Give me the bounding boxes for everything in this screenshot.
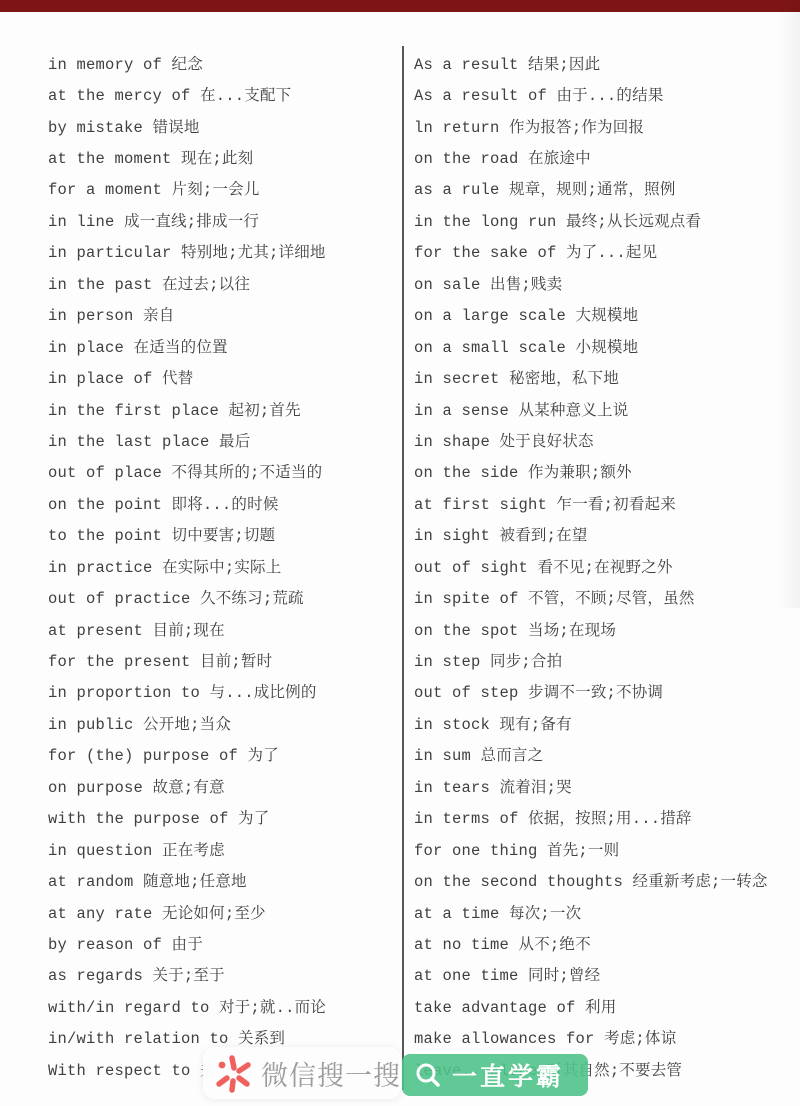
- document-page: in memory of 纪念at the mercy of 在...支配下by…: [0, 0, 800, 1106]
- phrase-row: at the mercy of 在...支配下: [48, 78, 400, 109]
- phrase-row: in the past 在过去;以往: [48, 267, 400, 298]
- phrase-row: with the purpose of 为了: [48, 802, 400, 833]
- phrase-row: as a rule 规章，规则;通常，照例: [414, 173, 800, 204]
- phrase-row: on the road 在旅途中: [414, 141, 800, 172]
- phrase-row: in sight 被看到;在望: [414, 519, 800, 550]
- phrase-row: out of place 不得其所的;不适当的: [48, 456, 400, 487]
- phrase-row: at a time 每次;一次: [414, 896, 800, 927]
- top-red-bar: [0, 0, 800, 12]
- phrase-row: in memory of 纪念: [48, 47, 400, 78]
- phrase-row: in the last place 最后: [48, 424, 400, 455]
- phrase-row: ln return 作为报答;作为回报: [414, 110, 800, 141]
- phrase-row: for a moment 片刻;一会儿: [48, 173, 400, 204]
- phrase-row: out of step 步调不一致;不协调: [414, 676, 800, 707]
- phrase-row: in public 公开地;当众: [48, 707, 400, 738]
- phrase-row: As a result of 由于...的结果: [414, 78, 800, 109]
- phrase-row: in shape 处于良好状态: [414, 424, 800, 455]
- phrase-row: for the present 目前;暂时: [48, 644, 400, 675]
- phrase-column-left: in memory of 纪念at the mercy of 在...支配下by…: [48, 47, 400, 1084]
- phrase-row: in question 正在考虑: [48, 833, 400, 864]
- phrase-row: in step 同步;合拍: [414, 644, 800, 675]
- phrase-row: in terms of 依据，按照;用...措辞: [414, 802, 800, 833]
- phrase-row: on the side 作为兼职;额外: [414, 456, 800, 487]
- phrase-row: in practice 在实际中;实际上: [48, 550, 400, 581]
- column-divider: [402, 46, 404, 1090]
- phrase-column-right: As a result 结果;因此As a result of 由于...的结果…: [414, 47, 800, 1084]
- phrase-row: at no time 从不;绝不: [414, 927, 800, 958]
- phrase-row: in the first place 起初;首先: [48, 393, 400, 424]
- phrase-row: for (the) purpose of 为了: [48, 739, 400, 770]
- search-icon: [414, 1061, 442, 1089]
- phrase-row: by reason of 由于: [48, 927, 400, 958]
- search-button-label: 一直学霸: [452, 1057, 564, 1093]
- phrase-row: on the point 即将...的时候: [48, 487, 400, 518]
- phrase-row: in sum 总而言之: [414, 739, 800, 770]
- phrase-row: at any rate 无论如何;至少: [48, 896, 400, 927]
- phrase-row: in stock 现有;备有: [414, 707, 800, 738]
- phrase-row: at random 随意地;任意地: [48, 864, 400, 895]
- phrase-row: in the long run 最终;从长远观点看: [414, 204, 800, 235]
- phrase-row: on the second thoughts 经重新考虑;一转念: [414, 864, 800, 895]
- phrase-row: make allowances for 考虑;体谅: [414, 1022, 800, 1053]
- spark-logo-icon: [213, 1053, 253, 1093]
- phrase-row: in a sense 从某种意义上说: [414, 393, 800, 424]
- phrase-row: on sale 出售;贱卖: [414, 267, 800, 298]
- phrase-row: at present 目前;现在: [48, 613, 400, 644]
- phrase-row: in line 成一直线;排成一行: [48, 204, 400, 235]
- phrase-row: take advantage of 利用: [414, 990, 800, 1021]
- phrase-row: in person 亲自: [48, 299, 400, 330]
- phrase-row: in secret 秘密地，私下地: [414, 361, 800, 392]
- phrase-row: to the point 切中要害;切题: [48, 519, 400, 550]
- phrase-row: on the spot 当场;在现场: [414, 613, 800, 644]
- phrase-row: out of sight 看不见;在视野之外: [414, 550, 800, 581]
- phrase-row: in place 在适当的位置: [48, 330, 400, 361]
- phrase-row: at the moment 现在;此刻: [48, 141, 400, 172]
- search-account-button[interactable]: 一直学霸: [402, 1054, 588, 1096]
- phrase-row: As a result 结果;因此: [414, 47, 800, 78]
- phrase-row: in particular 特别地;尤其;详细地: [48, 236, 400, 267]
- phrase-row: on purpose 故意;有意: [48, 770, 400, 801]
- phrase-row: in proportion to 与...成比例的: [48, 676, 400, 707]
- phrase-row: at one time 同时;曾经: [414, 959, 800, 990]
- watermark-brand-text: 微信搜一搜: [261, 1054, 401, 1093]
- phrase-row: for the sake of 为了...起见: [414, 236, 800, 267]
- phrase-row: on a large scale 大规模地: [414, 299, 800, 330]
- phrase-row: as regards 关于;至于: [48, 959, 400, 990]
- phrase-row: by mistake 错误地: [48, 110, 400, 141]
- phrase-row: for one thing 首先;一则: [414, 833, 800, 864]
- phrase-row: at first sight 乍一看;初看起来: [414, 487, 800, 518]
- phrase-row: out of practice 久不练习;荒疏: [48, 581, 400, 612]
- phrase-row: on a small scale 小规模地: [414, 330, 800, 361]
- phrase-row: with/in regard to 对于;就..而论: [48, 990, 400, 1021]
- phrase-row: in place of 代替: [48, 361, 400, 392]
- phrase-row: in spite of 不管，不顾;尽管，虽然: [414, 581, 800, 612]
- wechat-search-watermark: 微信搜一搜: [203, 1047, 401, 1099]
- phrase-row: in tears 流着泪;哭: [414, 770, 800, 801]
